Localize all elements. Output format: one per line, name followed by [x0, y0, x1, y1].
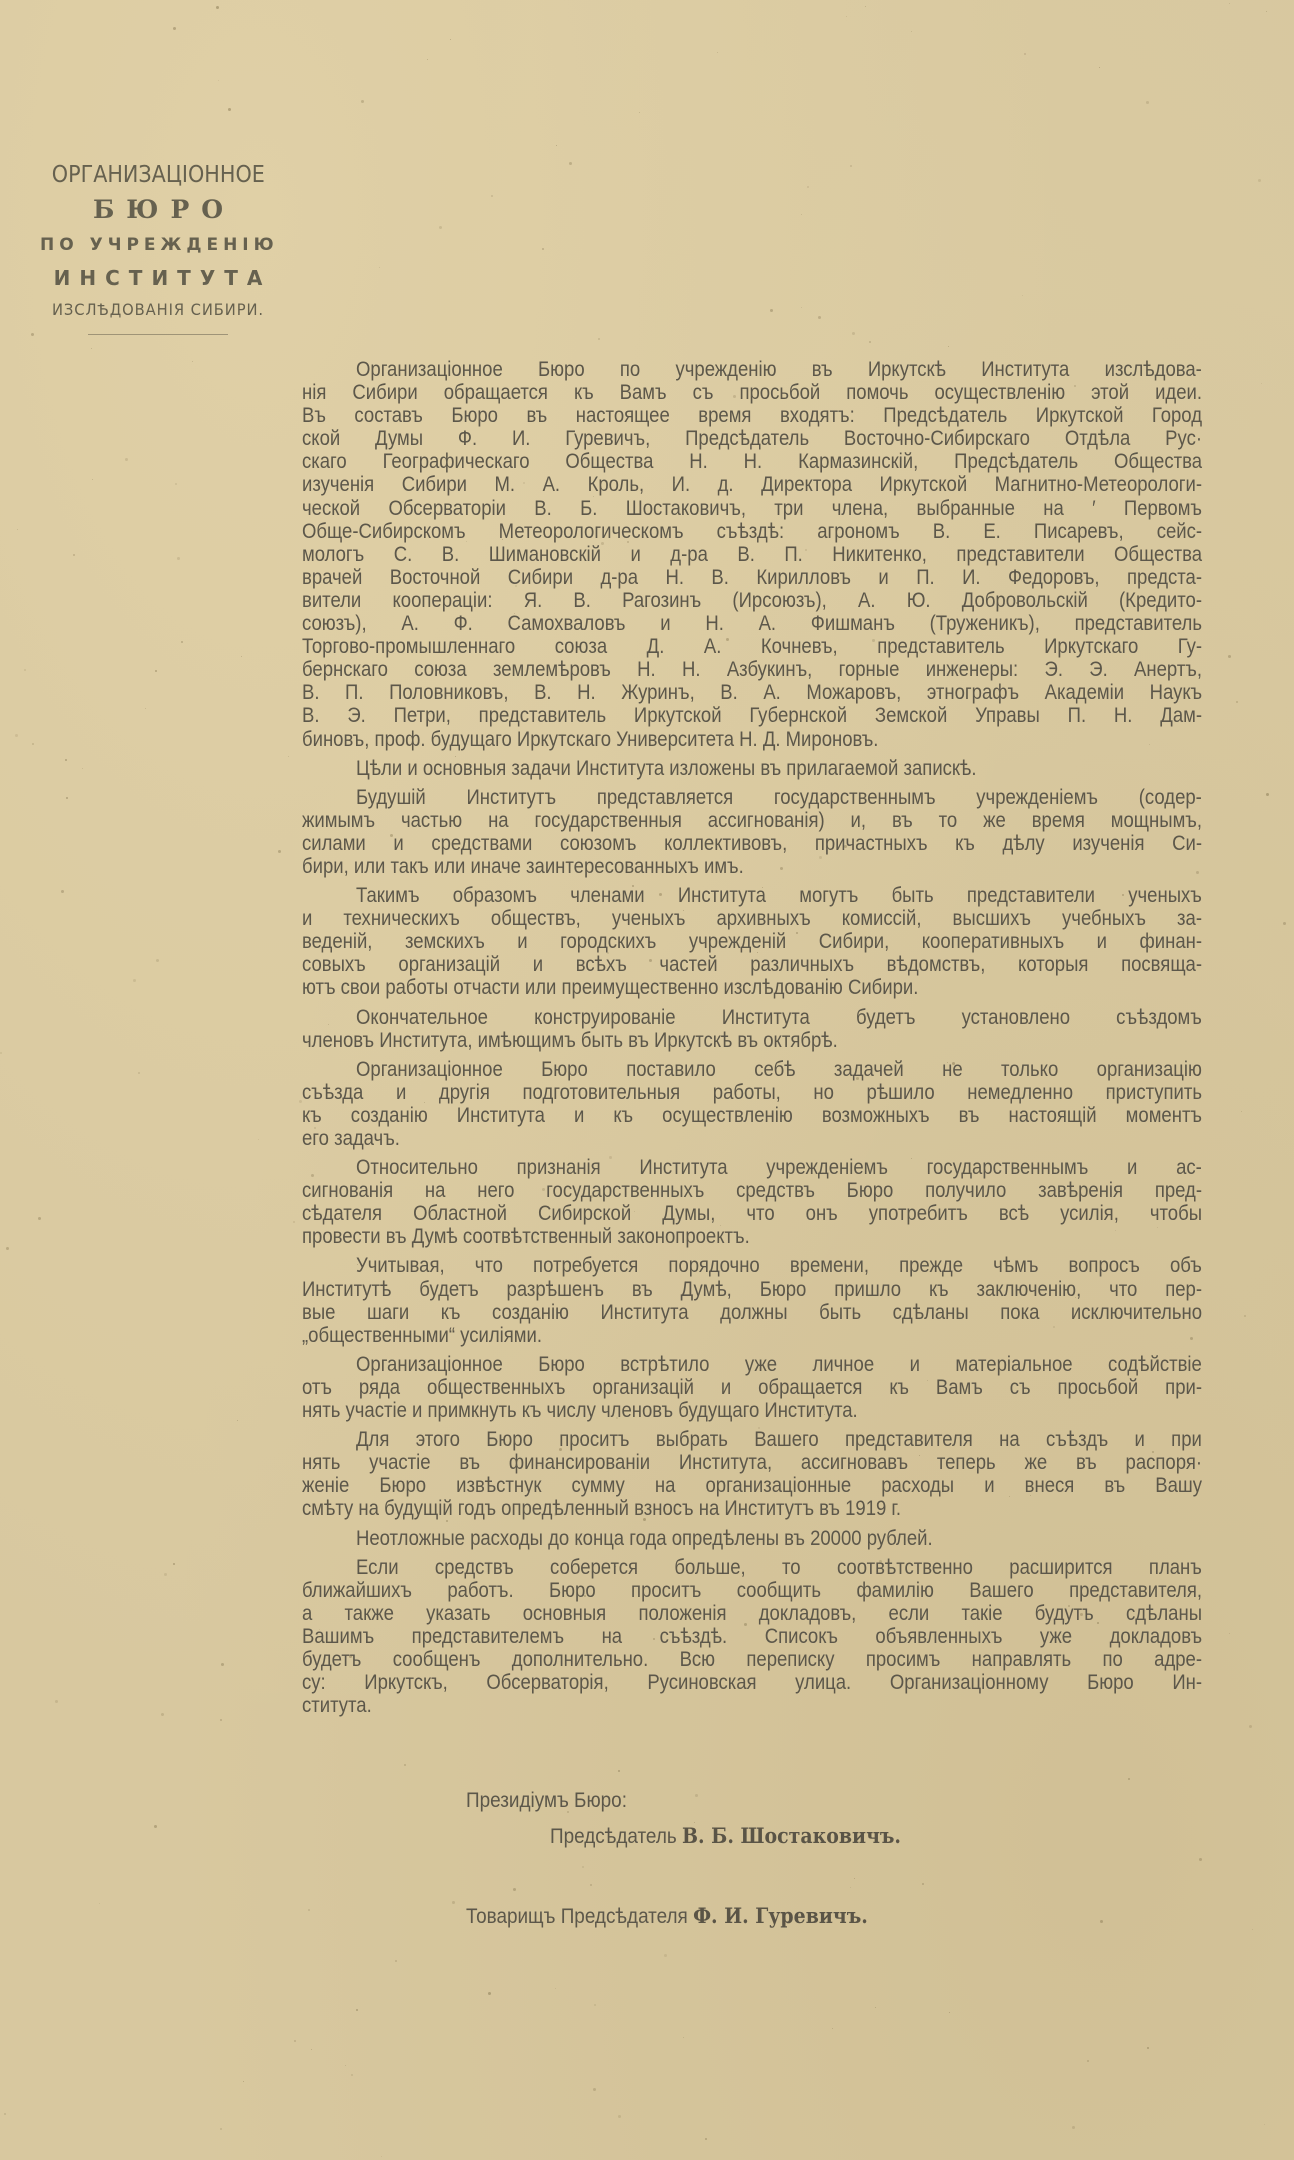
paper-speck	[865, 6, 866, 7]
paper-speck	[91, 348, 92, 349]
paper-speck	[308, 1909, 310, 1911]
paper-speck	[4, 2113, 6, 2115]
text-line: Если средствъ соберется больше, то соотв…	[302, 1556, 1202, 1579]
text-line-content: В. Э. Петри, представитель Иркутской Губ…	[302, 704, 1202, 727]
paper-speck	[1258, 179, 1261, 182]
text-line-content: мологъ С. В. Шимановскiй и д-ра В. П. Ни…	[302, 543, 1202, 566]
text-line: сигнованiя на него государственныхъ сред…	[302, 1179, 1202, 1202]
text-line-content: Организацiонное Бюро встрѣтило уже лично…	[356, 1353, 1202, 1376]
letterhead-line-organizational: ОРГАНИЗАЦIОННОЕ	[52, 160, 264, 190]
paper-speck	[220, 1719, 222, 1721]
text-line: ближайшихъ работъ. Бюро проситъ сообщить…	[302, 1579, 1202, 1602]
paper-speck	[99, 1903, 100, 1904]
paper-speck	[949, 2012, 950, 2013]
text-line: Окончательное конструированiе Института …	[302, 1006, 1202, 1029]
text-line-content: нять участiе въ финансированiи Института…	[302, 1451, 1202, 1474]
text-line-content: его задачъ.	[302, 1127, 1202, 1150]
paper-speck	[17, 529, 18, 530]
paper-speck	[452, 1901, 455, 1904]
paper-speck	[218, 80, 219, 81]
paper-speck	[61, 890, 64, 893]
paper-speck	[278, 850, 281, 853]
text-line: „общественными“ усилiями.	[302, 1324, 1202, 1347]
deputy-signature: Товарищъ Предсѣдателя Ф. И. Гуревичъ.	[466, 1904, 868, 1929]
paper-speck	[1199, 1858, 1202, 1861]
text-line: съѣзда и другiя подготовительныя работы,…	[302, 1081, 1202, 1104]
paper-speck	[1236, 701, 1238, 703]
paper-speck	[618, 1770, 620, 1772]
paper-speck	[228, 108, 231, 111]
text-line: будетъ сообщенъ дополнительно. Всю переп…	[302, 1648, 1202, 1671]
paragraph: Окончательное конструированiе Института …	[302, 1006, 1202, 1052]
text-line: бернскаго союза землемѣровъ Н. Н. Азбуки…	[302, 658, 1202, 681]
paper-speck	[1244, 1315, 1246, 1317]
text-line-content: Такимъ образомъ членами Института могутъ…	[356, 884, 1202, 907]
text-line: Институтѣ будетъ разрѣшенъ въ Думѣ, Бюро…	[302, 1278, 1202, 1301]
paper-speck	[1100, 1920, 1103, 1923]
text-line: къ созданiю Института и къ осуществленiю…	[302, 1104, 1202, 1127]
paper-speck	[664, 1954, 667, 1957]
paper-speck	[488, 1992, 491, 1995]
paper-speck	[1261, 383, 1262, 384]
deputy-title: Товарищъ Предсѣдателя	[466, 1904, 688, 1928]
text-line: Относительно признанiя Института учрежде…	[302, 1156, 1202, 1179]
text-line-content: изученiя Сибири М. А. Кроль, И. д. Дирек…	[302, 473, 1202, 496]
text-line: ститута.	[302, 1694, 1202, 1717]
text-line-content: Организацiонное Бюро поставило себѣ зада…	[356, 1058, 1202, 1081]
paper-speck	[1087, 2060, 1089, 2062]
paper-speck	[24, 669, 26, 671]
paper-speck	[1228, 655, 1231, 658]
chairman-title: Предсѣдатель	[550, 1824, 677, 1848]
paper-speck	[192, 361, 193, 362]
paper-speck	[439, 226, 442, 229]
text-line-content: смѣту на будущiй годъ опредѣленный взнос…	[302, 1497, 1202, 1520]
text-line-content: Институтѣ будетъ разрѣшенъ въ Думѣ, Бюро…	[302, 1278, 1202, 1301]
text-line-content: нiя Сибири обращается къ Вамъ съ просьбо…	[302, 381, 1202, 404]
text-line: Организацiонное Бюро встрѣтило уже лично…	[302, 1353, 1202, 1376]
paper-speck	[1264, 2124, 1265, 2125]
paper-speck	[948, 346, 949, 347]
paper-speck	[55, 1700, 58, 1703]
letterhead-underline	[88, 334, 228, 335]
paper-speck	[818, 316, 821, 319]
text-line: его задачъ.	[302, 1127, 1202, 1150]
text-line: силами и средствами союзомъ коллективовъ…	[302, 832, 1202, 855]
text-line: членовъ Института, имѣющимъ быть въ Ирку…	[302, 1029, 1202, 1052]
text-line-content: отъ ряда общественныхъ организацiй и обр…	[302, 1376, 1202, 1399]
paragraph: Цѣли и основныя задачи Института изложен…	[302, 757, 1202, 780]
paper-speck	[639, 112, 640, 113]
paper-speck	[258, 1139, 259, 1140]
letterhead-line-for-establishment: ПО УЧРЕЖДЕНIЮ	[40, 228, 276, 262]
text-line-content: ститута.	[302, 1694, 1202, 1717]
text-line: Цѣли и основныя задачи Института изложен…	[302, 757, 1202, 780]
paper-speck	[6, 1247, 9, 1250]
paper-speck	[513, 1888, 516, 1891]
paper-speck	[73, 554, 75, 556]
text-line: врачей Восточной Сибири д-ра Н. В. Кирил…	[302, 566, 1202, 589]
paper-speck	[175, 483, 177, 485]
paper-speck	[156, 959, 159, 962]
paper-speck	[379, 267, 380, 268]
paper-speck	[181, 641, 183, 643]
paper-speck	[801, 307, 802, 308]
paper-speck	[852, 332, 855, 335]
letter-body: Организацiонное Бюро по учрежденiю въ Ир…	[302, 358, 1202, 1723]
paper-speck	[854, 1878, 855, 1879]
text-line: вители коопераціи: Я. В. Рагозинъ (Ирсою…	[302, 589, 1202, 612]
text-line-content: нять участiе и примкнуть къ числу членов…	[302, 1399, 1202, 1422]
paper-speck	[593, 2088, 596, 2091]
paper-speck	[237, 1420, 238, 1421]
paper-speck	[177, 557, 180, 560]
text-line-content: ближайшихъ работъ. Бюро проситъ сообщить…	[302, 1579, 1202, 1602]
text-line: Вашимъ представителемъ на съѣздѣ. Список…	[302, 1625, 1202, 1648]
text-line-content: Окончательное конструированiе Института …	[356, 1006, 1202, 1029]
paper-speck	[173, 27, 176, 30]
paper-speck	[125, 458, 128, 461]
text-line-content: Если средствъ соберется больше, то соотв…	[356, 1556, 1202, 1579]
text-line: союзъ), А. Ф. Самохваловъ и Н. А. Фишман…	[302, 612, 1202, 635]
text-line-content: жимымъ частью на государственныя ассигно…	[302, 809, 1202, 832]
text-line-content: членовъ Института, имѣющимъ быть въ Ирку…	[302, 1029, 1202, 1052]
paper-speck	[1252, 1929, 1253, 1930]
text-line: В. Э. Петри, представитель Иркутской Губ…	[302, 704, 1202, 727]
text-line-content: Въ составъ Бюро въ настоящее время входя…	[302, 404, 1202, 427]
paper-speck	[1072, 2126, 1075, 2129]
text-line-content: Неотложные расходы до конца года опредѣл…	[356, 1527, 1202, 1550]
text-line: провести въ Думѣ соотвѣтственный законоп…	[302, 1225, 1202, 1248]
paper-speck	[555, 1988, 556, 1989]
paper-speck	[1128, 1778, 1130, 1780]
paper-speck	[351, 2074, 353, 2076]
paper-speck	[1283, 922, 1286, 925]
paper-speck	[82, 768, 83, 769]
text-line: изученiя Сибири М. А. Кроль, И. д. Дирек…	[302, 473, 1202, 496]
text-line-content: и техническихъ обществъ, ученыхъ архивны…	[302, 907, 1202, 930]
text-line-content: вители коопераціи: Я. В. Рагозинъ (Ирсою…	[302, 589, 1202, 612]
text-line: су: Иркутскъ, Обсерваторiя, Русиновская …	[302, 1671, 1202, 1694]
text-line-content: провести въ Думѣ соотвѣтственный законоп…	[302, 1225, 1202, 1248]
paper-speck	[594, 2004, 596, 2006]
text-line: смѣту на будущiй годъ опредѣленный взнос…	[302, 1497, 1202, 1520]
text-line: нять участiе и примкнуть къ числу членов…	[302, 1399, 1202, 1422]
paper-speck	[922, 1883, 924, 1885]
paper-speck	[395, 1960, 397, 1962]
paper-speck	[381, 2156, 382, 2157]
paper-speck	[361, 100, 364, 103]
paragraph: Учитывая, что потребуется порядочно врем…	[302, 1254, 1202, 1346]
text-line-content: Для этого Бюро проситъ выбрать Вашего пр…	[356, 1428, 1202, 1451]
letterhead-line-bureau: БЮРО	[40, 192, 276, 228]
chairman-signature: Предсѣдатель В. Б. Шостаковичъ.	[550, 1824, 901, 1849]
text-line: Организацiонное Бюро поставило себѣ зада…	[302, 1058, 1202, 1081]
paper-speck	[850, 165, 852, 167]
paper-speck	[869, 341, 871, 343]
text-line: сѣдателя Областной Сибирской Думы, что о…	[302, 1202, 1202, 1225]
text-line-content: ческой Обсерваторiи В. Б. Шостаковичъ, т…	[302, 497, 1202, 520]
text-line-content: съѣзда и другiя подготовительныя работы,…	[302, 1081, 1202, 1104]
text-line: и техническихъ обществъ, ученыхъ архивны…	[302, 907, 1202, 930]
text-line: а также указать основныя положенiя докла…	[302, 1602, 1202, 1625]
text-line: жимымъ частью на государственныя ассигно…	[302, 809, 1202, 832]
paper-speck	[1146, 101, 1149, 104]
paper-speck	[694, 1822, 695, 1823]
paper-speck	[220, 2128, 222, 2130]
paper-speck	[311, 2049, 312, 2050]
text-line: ской Думы Ф. И. Гуревичъ, Предсѣдатель В…	[302, 427, 1202, 450]
paragraph: Организацiонное Бюро по учрежденiю въ Ир…	[302, 358, 1202, 751]
paper-speck	[221, 1663, 224, 1666]
paper-speck	[155, 670, 157, 672]
paragraph: Будушiй Институтъ представляется государ…	[302, 786, 1202, 878]
text-line: Учитывая, что потребуется порядочно врем…	[302, 1254, 1202, 1277]
paper-speck	[133, 979, 136, 982]
paper-speck	[38, 1217, 41, 1220]
paragraph: Организацiонное Бюро встрѣтило уже лично…	[302, 1353, 1202, 1422]
text-line-content: Обще-Сибирскомъ Метеорологическомъ съѣзд…	[302, 520, 1202, 543]
paper-speck	[542, 248, 544, 250]
paper-speck	[65, 759, 67, 761]
text-line-content: силами и средствами союзомъ коллективовъ…	[302, 832, 1202, 855]
paper-speck	[582, 1866, 584, 1868]
paper-speck	[807, 186, 809, 188]
paper-speck	[294, 2040, 296, 2042]
text-line: Обще-Сибирскомъ Метеорологическомъ съѣзд…	[302, 520, 1202, 543]
paragraph: Организацiонное Бюро поставило себѣ зада…	[302, 1058, 1202, 1150]
text-line-content: Организацiонное Бюро по учрежденiю въ Ир…	[356, 358, 1202, 381]
presidium-label: Президiумъ Бюро:	[466, 1788, 627, 1813]
paper-speck	[717, 52, 718, 53]
text-line-content: бири, или такъ или иначе заинтересованны…	[302, 855, 1202, 878]
text-line-content: союзъ), А. Ф. Самохваловъ и Н. А. Фишман…	[302, 612, 1202, 635]
paper-speck	[556, 145, 557, 146]
letterhead: ОРГАНИЗАЦIОННОЕ БЮРО ПО УЧРЕЖДЕНIЮ ИНСТИ…	[40, 160, 276, 335]
paragraph: Такимъ образомъ членами Института могутъ…	[302, 884, 1202, 999]
paper-speck	[427, 59, 428, 60]
text-line: Неотложные расходы до конца года опредѣл…	[302, 1527, 1202, 1550]
paper-speck	[293, 1221, 295, 1223]
text-line-content: су: Иркутскъ, Обсерваторiя, Русиновская …	[302, 1671, 1202, 1694]
text-line-content: Относительно признанiя Института учрежде…	[356, 1156, 1202, 1179]
text-line: вые шаги къ созданiю Института должны бы…	[302, 1301, 1202, 1324]
text-line-content: совыхъ организацiй и всѣхъ частей различ…	[302, 953, 1202, 976]
paper-speck	[1266, 793, 1269, 796]
text-line-content: сѣдателя Областной Сибирской Думы, что о…	[302, 1202, 1202, 1225]
paper-speck	[241, 656, 242, 657]
text-line: нять участiе въ финансированiи Института…	[302, 1451, 1202, 1474]
text-line: Для этого Бюро проситъ выбрать Вашего пр…	[302, 1428, 1202, 1451]
text-line-content: женiе Бюро извѣстнук сумму на организацi…	[302, 1474, 1202, 1497]
text-line: Организацiонное Бюро по учрежденiю въ Ир…	[302, 358, 1202, 381]
text-line: бири, или такъ или иначе заинтересованны…	[302, 855, 1202, 878]
text-line-content: Будушiй Институтъ представляется государ…	[356, 786, 1202, 809]
paper-speck	[173, 1563, 175, 1565]
paper-speck	[31, 333, 34, 336]
paper-speck	[1024, 53, 1026, 55]
text-line-content: Цѣли и основныя задачи Института изложен…	[356, 757, 1202, 780]
paper-speck	[705, 2138, 707, 2140]
text-line: мологъ С. В. Шимановскiй и д-ра В. П. Ни…	[302, 543, 1202, 566]
paper-speck	[770, 309, 773, 312]
paper-speck	[1229, 3, 1230, 4]
paper-speck	[288, 756, 289, 757]
text-line-content: къ созданiю Института и къ осуществленiю…	[302, 1104, 1202, 1127]
paper-speck	[801, 214, 802, 215]
letterhead-line-institute: ИНСТИТУТА	[40, 262, 276, 294]
text-line: Будушiй Институтъ представляется государ…	[302, 786, 1202, 809]
text-line: В. П. Половниковъ, В. Н. Журинъ, В. А. М…	[302, 681, 1202, 704]
paper-speck	[1229, 1633, 1230, 1634]
text-line-content: бернскаго союза землемѣровъ Н. Н. Азбуки…	[302, 658, 1202, 681]
text-line-content: а также указать основныя положенiя докла…	[302, 1602, 1202, 1625]
text-line: ческой Обсерваторiи В. Б. Шостаковичъ, т…	[302, 497, 1202, 520]
paragraph: Неотложные расходы до конца года опредѣл…	[302, 1527, 1202, 1550]
paper-speck	[15, 734, 18, 737]
paper-speck	[911, 31, 912, 32]
text-line: совыхъ организацiй и всѣхъ частей различ…	[302, 953, 1202, 976]
paper-speck	[138, 1072, 140, 1074]
text-line-content: ской Думы Ф. И. Гуревичъ, Предсѣдатель В…	[302, 427, 1202, 450]
text-line: веденiй, земскихъ и городскихъ учрежденi…	[302, 930, 1202, 953]
text-line-content: вые шаги къ созданiю Института должны бы…	[302, 1301, 1202, 1324]
text-line-content: ютъ свои работы отчасти или преимуществе…	[302, 976, 1202, 999]
deputy-name: Ф. И. Гуревичъ.	[693, 1904, 868, 1929]
paper-speck	[683, 2037, 684, 2038]
paper-speck	[618, 2115, 621, 2118]
text-line: скаго Географическаго Общества Н. Н. Кар…	[302, 450, 1202, 473]
letterhead-line-siberia-research: ИЗСЛѢДОВАНIЯ СИБИРИ.	[49, 294, 266, 326]
paper-speck	[491, 195, 493, 197]
paper-speck	[832, 2028, 833, 2029]
text-line-content: веденiй, земскихъ и городскихъ учрежденi…	[302, 930, 1202, 953]
text-line: биновъ, проф. будущаго Иркутскаго Универ…	[302, 728, 1202, 751]
text-line-content: скаго Географическаго Общества Н. Н. Кар…	[302, 450, 1202, 473]
paper-speck	[695, 1794, 698, 1797]
text-line: Въ составъ Бюро въ настоящее время входя…	[302, 404, 1202, 427]
paper-speck	[161, 1713, 164, 1716]
paragraph: Относительно признанiя Института учрежде…	[302, 1156, 1202, 1248]
text-line-content: врачей Восточной Сибири д-ра Н. В. Кирил…	[302, 566, 1202, 589]
paper-speck	[216, 6, 219, 9]
text-line: Такимъ образомъ членами Института могутъ…	[302, 884, 1202, 907]
text-line: женiе Бюро извѣстнук сумму на организацi…	[302, 1474, 1202, 1497]
paper-speck	[569, 162, 572, 165]
paper-speck	[590, 1884, 592, 1886]
paper-speck	[0, 1052, 2, 1054]
text-line: нiя Сибири обращается къ Вамъ съ просьбо…	[302, 381, 1202, 404]
paper-speck	[154, 1825, 157, 1828]
text-line-content: Учитывая, что потребуется порядочно врем…	[356, 1254, 1202, 1277]
paper-speck	[598, 338, 600, 340]
paper-speck	[32, 743, 34, 745]
paper-speck	[850, 1887, 851, 1888]
paper-speck	[66, 797, 68, 799]
text-line: отъ ряда общественныхъ организацiй и обр…	[302, 1376, 1202, 1399]
text-line-content: биновъ, проф. будущаго Иркутскаго Универ…	[302, 728, 1202, 751]
paper-speck	[1022, 295, 1023, 296]
text-line-content: „общественными“ усилiями.	[302, 1324, 1202, 1347]
paper-speck	[243, 2081, 244, 2082]
paper-speck	[1147, 2047, 1149, 2049]
paper-speck	[356, 2009, 358, 2011]
paper-speck	[1241, 1111, 1242, 1112]
text-line-content: Вашимъ представителемъ на съѣздѣ. Список…	[302, 1625, 1202, 1648]
paper-speck	[1249, 1725, 1252, 1728]
paragraph: Для этого Бюро проситъ выбрать Вашего пр…	[302, 1428, 1202, 1520]
text-line-content: сигнованiя на него государственныхъ сред…	[302, 1179, 1202, 1202]
paper-speck	[92, 479, 93, 480]
paper-speck	[1099, 67, 1100, 68]
paper-speck	[345, 2065, 346, 2066]
text-line: Торгово-промышленнаго союза Д. А. Кочнев…	[302, 635, 1202, 658]
paper-speck	[145, 708, 146, 709]
paper-speck	[1266, 11, 1267, 12]
text-line-content: В. П. Половниковъ, В. Н. Журинъ, В. А. М…	[302, 681, 1202, 704]
paper-speck	[404, 1764, 406, 1766]
paragraph: Если средствъ соберется больше, то соотв…	[302, 1556, 1202, 1718]
text-line-content: будетъ сообщенъ дополнительно. Всю переп…	[302, 1648, 1202, 1671]
paper-speck	[450, 39, 451, 40]
text-line-content: Торгово-промышленнаго союза Д. А. Кочнев…	[302, 635, 1202, 658]
paper-speck	[846, 16, 847, 17]
paper-speck	[164, 1573, 167, 1576]
chairman-name: В. Б. Шостаковичъ.	[682, 1824, 901, 1849]
text-line: ютъ свои работы отчасти или преимуществе…	[302, 976, 1202, 999]
paper-speck	[875, 2007, 876, 2008]
